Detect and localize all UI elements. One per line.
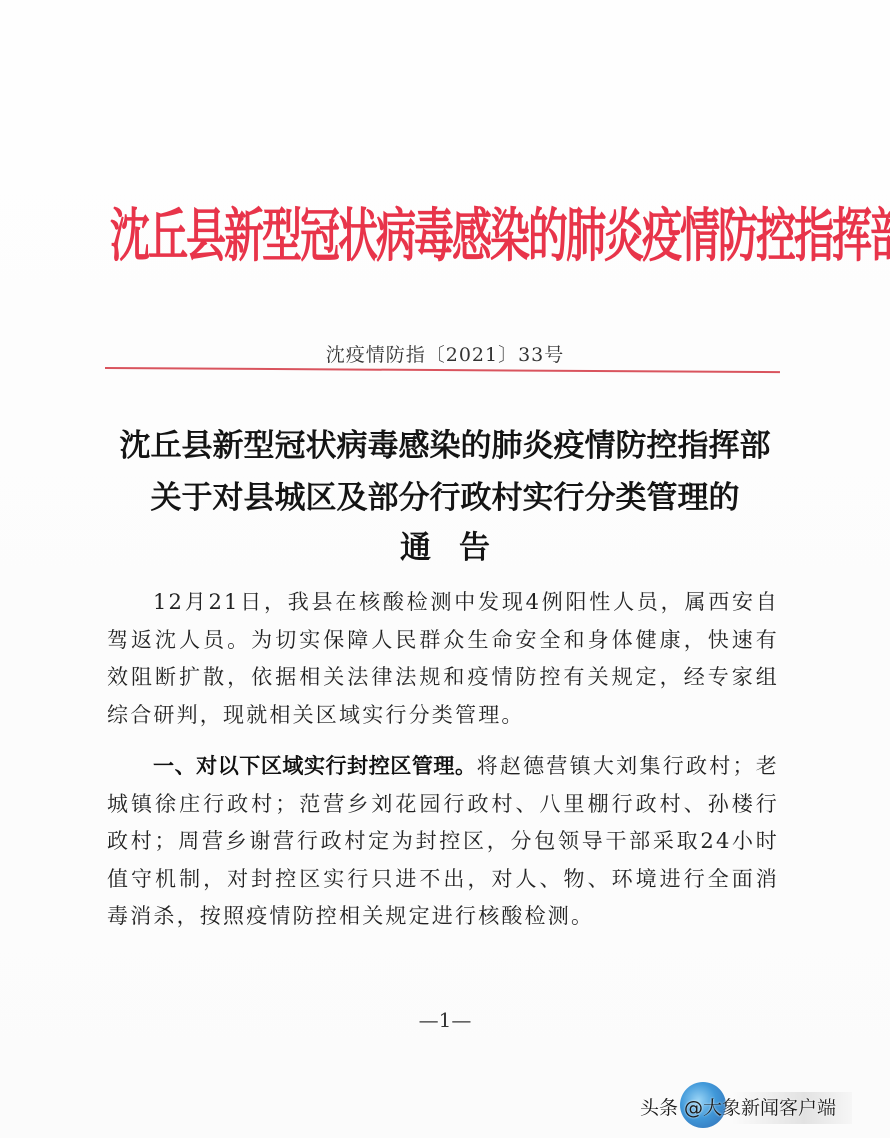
body-paragraph-1: 12月21日，我县在核酸检测中发现4例阳性人员，属西安自驾返沈人员。为切实保障人…: [107, 584, 779, 734]
section-text-lockdown: 将赵德营镇大刘集行政村；老城镇徐庄行政村；范营乡刘花园行政村、八里棚行政村、孙楼…: [107, 754, 779, 928]
red-divider-line: [105, 367, 780, 373]
notice-title-line-3: 通告: [0, 522, 890, 567]
section-heading-lockdown: 一、对以下区域实行封控区管理。: [153, 754, 477, 778]
issuer-red-header: 沈丘县新型冠状病毒感染的肺炎疫情防控指挥部文件: [110, 190, 790, 273]
body-paragraph-2: 一、对以下区域实行封控区管理。将赵德营镇大刘集行政村；老城镇徐庄行政村；范营乡刘…: [107, 748, 779, 936]
document-page: 沈丘县新型冠状病毒感染的肺炎疫情防控指挥部文件 沈疫情防指〔2021〕33号 沈…: [0, 0, 890, 1138]
notice-title-line-2: 关于对县城区及部分行政村实行分类管理的: [0, 472, 890, 517]
page-number: —1—: [0, 1008, 890, 1032]
notice-title-line-1: 沈丘县新型冠状病毒感染的肺炎疫情防控指挥部: [0, 420, 890, 465]
source-watermark: 头条 @大象新闻客户端: [640, 1086, 846, 1126]
document-number: 沈疫情防指〔2021〕33号: [0, 340, 890, 367]
watermark-text: 头条 @大象新闻客户端: [640, 1093, 846, 1120]
